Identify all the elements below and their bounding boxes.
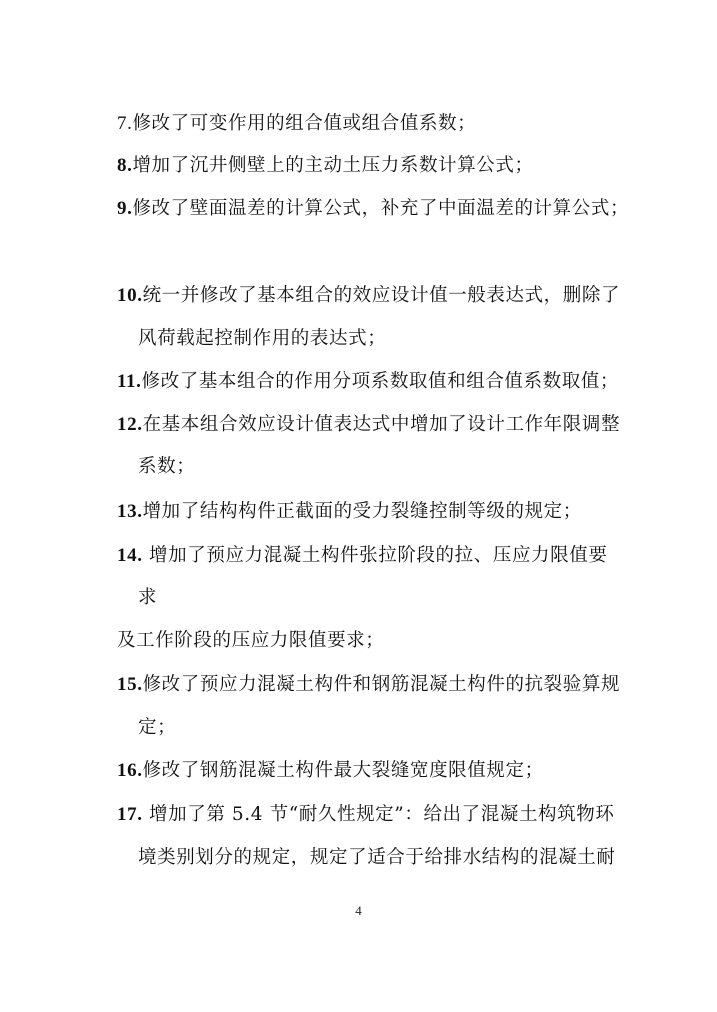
list-item-14-continuation-2: 及工作阶段的压应力限值要求； [117, 626, 384, 656]
item-text: 风荷载起控制作用的表达式； [138, 328, 386, 349]
item-text: 在基本组合效应设计值表达式中增加了设计工作年限调整 [143, 414, 621, 435]
list-item-12-continuation: 系数； [138, 452, 195, 482]
item-text: 增加了结构构件正截面的受力裂缝控制等级的规定； [143, 501, 582, 522]
list-item-8: 8.增加了沉井侧壁上的主动土压力系数计算公式； [117, 151, 534, 181]
list-item-15-continuation: 定； [138, 713, 176, 743]
item-number: 9. [117, 198, 132, 219]
item-text: 定； [138, 717, 176, 738]
item-text: 修改了可变作用的组合值或组合值系数； [132, 113, 476, 134]
list-item-9: 9.修改了壁面温差的计算公式，补充了中面温差的计算公式； [117, 194, 629, 224]
item-text: 修改了基本组合的作用分项系数取值和组合值系数取值； [142, 371, 620, 392]
item-text: 求 [138, 587, 157, 608]
list-item-17-continuation: 境类别划分的规定，规定了适合于给排水结构的混凝土耐 [138, 843, 616, 873]
item-number: 7. [117, 113, 132, 134]
item-number: 11. [117, 371, 142, 392]
item-text: 增加了沉井侧壁上的主动土压力系数计算公式； [132, 155, 533, 176]
item-text: 增加了预应力混凝土构件张拉阶段的拉、压应力限值要 [143, 545, 608, 566]
item-text: 统一并修改了基本组合的效应设计值一般表达式，删除了 [143, 285, 621, 306]
item-text: 及工作阶段的压应力限值要求； [117, 630, 384, 651]
list-item-13: 13.增加了结构构件正截面的受力裂缝控制等级的规定； [117, 497, 582, 527]
list-item-14: 14. 增加了预应力混凝土构件张拉阶段的拉、压应力限值要 [117, 541, 607, 571]
list-item-14-continuation: 求 [138, 583, 157, 613]
item-number: 10. [117, 285, 143, 306]
item-number: 16. [117, 760, 143, 781]
page-number: 4 [0, 903, 717, 919]
item-text: 修改了钢筋混凝土构件最大裂缝宽度限值规定； [143, 760, 544, 781]
item-number: 14. [117, 545, 143, 566]
item-number: 17. [117, 804, 143, 825]
item-text: 境类别划分的规定，规定了适合于给排水结构的混凝土耐 [138, 847, 616, 868]
item-number: 15. [117, 674, 143, 695]
list-item-16: 16.修改了钢筋混凝土构件最大裂缝宽度限值规定； [117, 756, 544, 786]
item-number: 13. [117, 501, 143, 522]
item-text: 系数； [138, 456, 195, 477]
item-text: 修改了壁面温差的计算公式，补充了中面温差的计算公式； [132, 198, 629, 219]
item-number: 12. [117, 414, 143, 435]
list-item-10: 10.统一并修改了基本组合的效应设计值一般表达式，删除了 [117, 281, 620, 311]
item-text: 修改了预应力混凝土构件和钢筋混凝土构件的抗裂验算规 [143, 674, 621, 695]
document-page: 7.修改了可变作用的组合值或组合值系数； 8.增加了沉井侧壁上的主动土压力系数计… [0, 0, 717, 1012]
item-number: 8. [117, 155, 132, 176]
list-item-10-continuation: 风荷载起控制作用的表达式； [138, 324, 386, 354]
list-item-7: 7.修改了可变作用的组合值或组合值系数； [117, 109, 476, 139]
list-item-15: 15.修改了预应力混凝土构件和钢筋混凝土构件的抗裂验算规 [117, 670, 620, 700]
list-item-11: 11.修改了基本组合的作用分项系数取值和组合值系数取值； [117, 367, 619, 397]
item-text: 增加了第 5.4 节“耐久性规定”：给出了混凝土构筑物环 [143, 804, 615, 825]
list-item-12: 12.在基本组合效应设计值表达式中增加了设计工作年限调整 [117, 410, 620, 440]
list-item-17: 17. 增加了第 5.4 节“耐久性规定”：给出了混凝土构筑物环 [117, 800, 614, 830]
